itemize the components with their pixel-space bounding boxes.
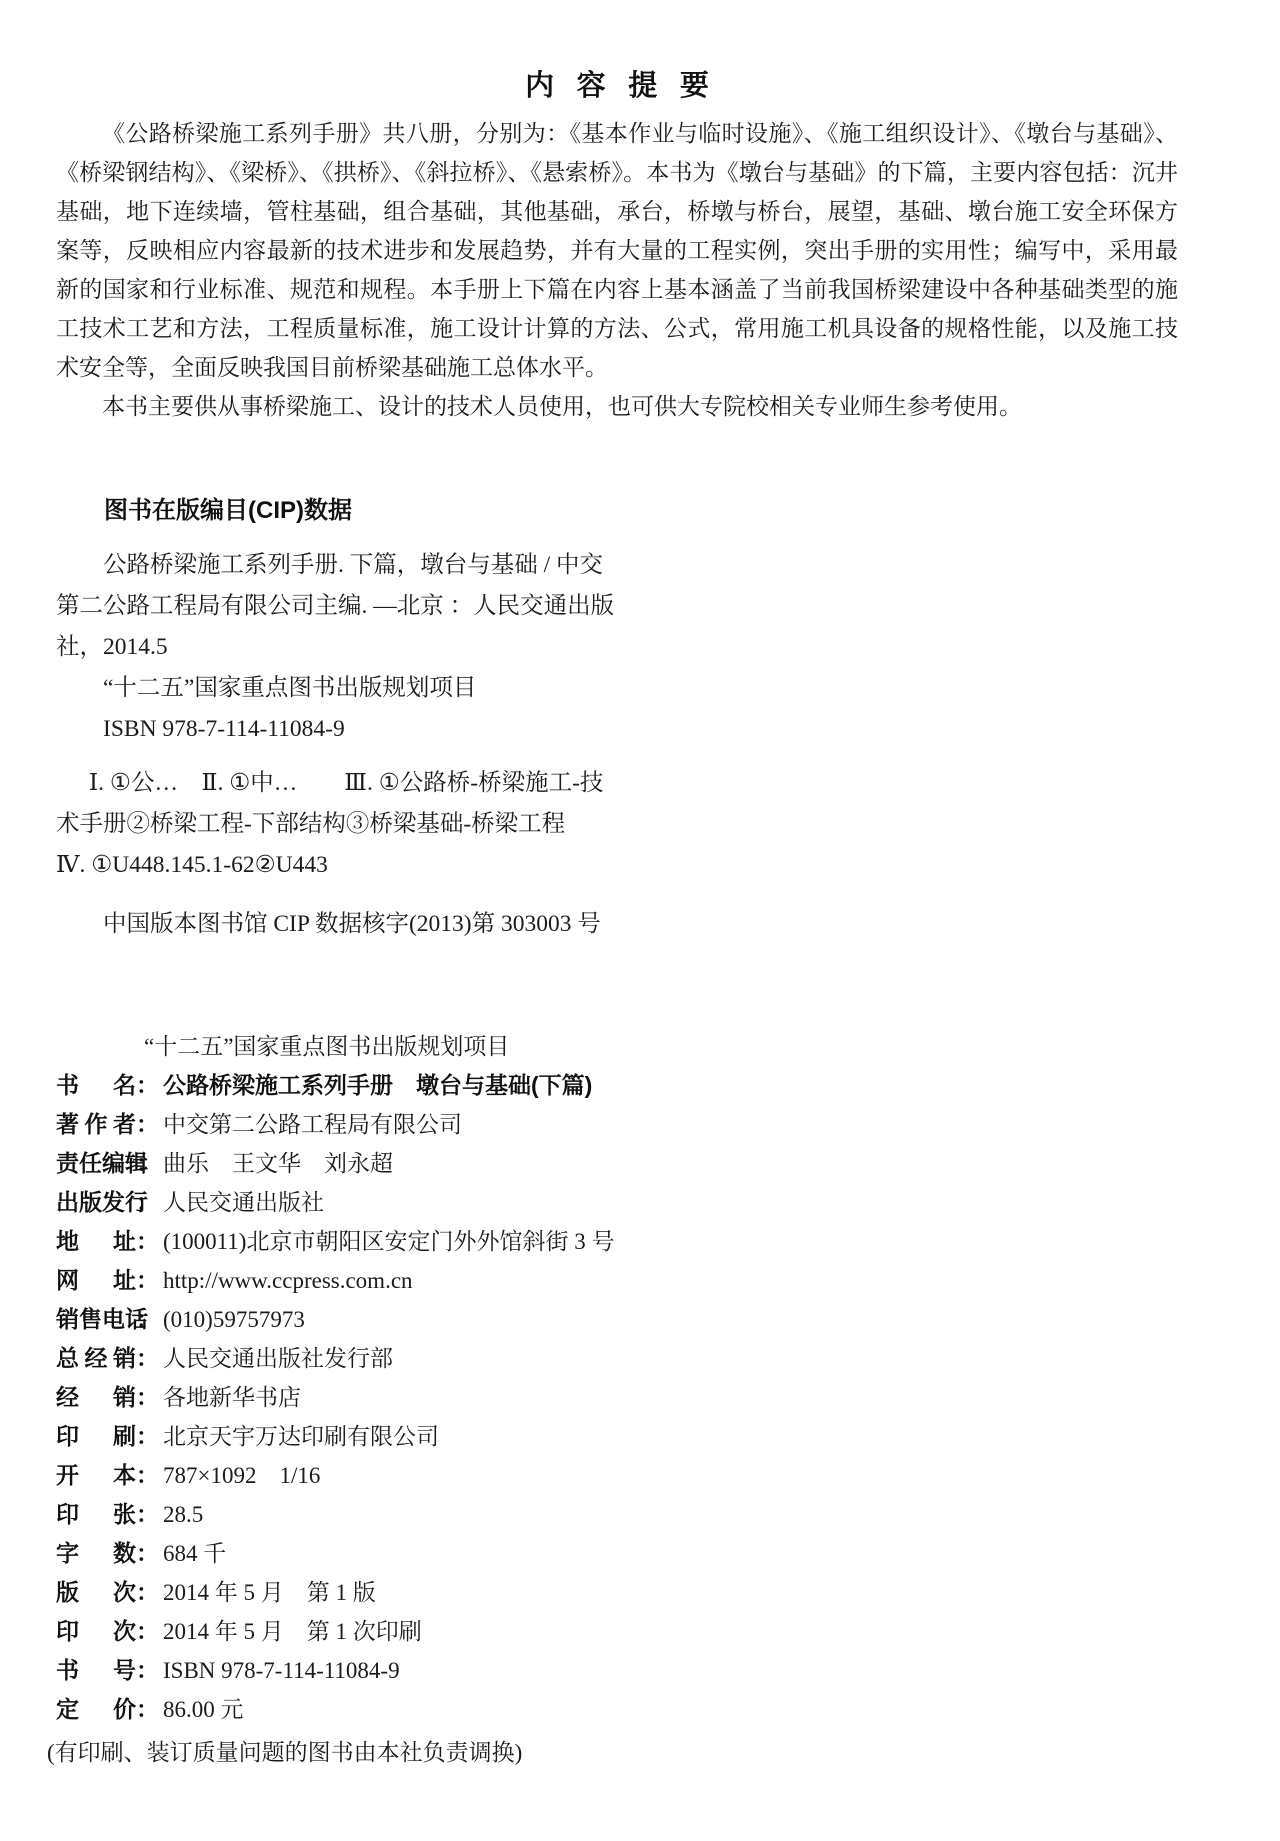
colophon-row-distributor: 经销：各地新华书店 [56,1378,1178,1417]
colophon-value: 人民交通出版社发行部 [159,1346,393,1371]
colophon-row-author: 著作者：中交第二公路工程局有限公司 [56,1105,1178,1144]
colophon-colon: ： [136,1306,159,1332]
colophon-label: 著作者 [56,1105,136,1144]
colophon-row-general-distributor: 总经销：人民交通出版社发行部 [56,1339,1178,1378]
colophon-row-word-count: 字数：684 千 [56,1534,1178,1573]
cip-heading: 图书在版编目(CIP)数据 [104,496,1178,526]
cip-line: Ⅳ. ①U448.145.1-62②U443 [56,845,1178,886]
colophon-colon: ： [136,1423,159,1449]
colophon-colon: ： [136,1111,159,1137]
colophon-value: 2014 年 5 月 第 1 版 [159,1580,376,1605]
colophon-colon: ： [136,1150,159,1176]
colophon-label: 印刷 [56,1417,136,1456]
copyright-page: 内容提要 《公路桥梁施工系列手册》共八册，分别为：《基本作业与临时设施》、《施工… [0,0,1280,1841]
colophon-label: 责任编辑 [56,1144,136,1183]
colophon-row-sales-phone: 销售电话：(010)59757973 [56,1300,1178,1339]
colophon-label: 印张 [56,1495,136,1534]
colophon-value: 曲乐 王文华 刘永超 [159,1151,393,1176]
colophon-label: 书名 [56,1066,136,1105]
colophon-label: 定价 [56,1690,136,1729]
colophon-label: 网址 [56,1261,136,1300]
colophon-section: “十二五”国家重点图书出版规划项目 书名：公路桥梁施工系列手册 墩台与基础(下篇… [56,1027,1178,1772]
colophon-label: 地址 [56,1222,136,1261]
cip-line: 术手册②桥梁工程-下部结构③桥梁基础-桥梁工程 [56,804,1178,845]
summary-paragraph-1: 《公路桥梁施工系列手册》共八册，分别为：《基本作业与临时设施》、《施工组织设计》… [56,114,1178,387]
colophon-colon: ： [136,1462,159,1488]
colophon-label: 版次 [56,1573,136,1612]
colophon-value: 各地新华书店 [159,1385,301,1410]
summary-paragraph-2: 本书主要供从事桥梁施工、设计的技术人员使用，也可供大专院校相关专业师生参考使用。 [56,387,1178,426]
colophon-value: 人民交通出版社 [159,1190,324,1215]
colophon-label: 印次 [56,1612,136,1651]
quality-exchange-note: (有印刷、装订质量问题的图书由本社负责调换) [47,1733,1178,1772]
colophon-label: 书号 [56,1651,136,1690]
colophon-value: (010)59757973 [159,1307,305,1332]
cip-line: 社，2014.5 [56,627,1178,668]
colophon-row-edition: 版次：2014 年 5 月 第 1 版 [56,1573,1178,1612]
colophon-row-isbn: 书号：ISBN 978-7-114-11084-9 [56,1651,1178,1690]
page-title: 内容提要 [56,70,1178,102]
colophon-row-printing: 印次：2014 年 5 月 第 1 次印刷 [56,1612,1178,1651]
colophon-value: 2014 年 5 月 第 1 次印刷 [159,1619,422,1644]
colophon-colon: ： [136,1072,159,1098]
colophon-colon: ： [136,1384,159,1410]
colophon-row-sheets: 印张：28.5 [56,1495,1178,1534]
cip-line: Ⅰ. ①公… Ⅱ. ①中… Ⅲ. ①公路桥-桥梁施工-技 [56,763,1178,804]
colophon-colon: ： [136,1540,159,1566]
colophon-value: http://www.ccpress.com.cn [159,1268,413,1293]
cip-data-section: 图书在版编目(CIP)数据 公路桥梁施工系列手册. 下篇，墩台与基础 / 中交 … [56,496,1178,945]
colophon-value: 787×1092 1/16 [159,1463,320,1488]
project-line: “十二五”国家重点图书出版规划项目 [56,1027,1178,1066]
colophon-colon: ： [136,1267,159,1293]
colophon-row-title: 书名：公路桥梁施工系列手册 墩台与基础(下篇) [56,1066,1178,1105]
colophon-colon: ： [136,1345,159,1371]
colophon-value: 86.00 元 [159,1697,244,1722]
cip-line: 第二公路工程局有限公司主编. —北京 ：人民交通出版 [56,586,1178,627]
colophon-colon: ： [136,1189,159,1215]
colophon-label: 开本 [56,1456,136,1495]
cip-line: 中国版本图书馆 CIP 数据核字(2013)第 303003 号 [56,904,1178,945]
colophon-row-address: 地址：(100011)北京市朝阳区安定门外外馆斜街 3 号 [56,1222,1178,1261]
colophon-value: 北京天宇万达印刷有限公司 [159,1424,439,1449]
cip-line: 公路桥梁施工系列手册. 下篇，墩台与基础 / 中交 [56,545,1178,586]
colophon-label: 销售电话 [56,1300,136,1339]
cip-line: “十二五”国家重点图书出版规划项目 [56,668,1178,709]
colophon-label: 出版发行 [56,1183,136,1222]
colophon-value: 684 千 [159,1541,226,1566]
colophon-colon: ： [136,1579,159,1605]
colophon-row-website: 网址：http://www.ccpress.com.cn [56,1261,1178,1300]
colophon-row-format: 开本：787×1092 1/16 [56,1456,1178,1495]
content-summary-section: 《公路桥梁施工系列手册》共八册，分别为：《基本作业与临时设施》、《施工组织设计》… [56,114,1178,426]
colophon-value: 公路桥梁施工系列手册 墩台与基础(下篇) [159,1072,592,1098]
colophon-row-printer: 印刷：北京天宇万达印刷有限公司 [56,1417,1178,1456]
colophon-colon: ： [136,1501,159,1527]
colophon-row-editor: 责任编辑：曲乐 王文华 刘永超 [56,1144,1178,1183]
colophon-colon: ： [136,1657,159,1683]
colophon-colon: ： [136,1228,159,1254]
colophon-value: (100011)北京市朝阳区安定门外外馆斜街 3 号 [159,1229,614,1254]
colophon-value: 28.5 [159,1502,203,1527]
colophon-row-price: 定价：86.00 元 [56,1690,1178,1729]
colophon-value: 中交第二公路工程局有限公司 [159,1112,462,1137]
cip-line: ISBN 978-7-114-11084-9 [56,709,1178,750]
colophon-value: ISBN 978-7-114-11084-9 [159,1658,400,1683]
colophon-colon: ： [136,1696,159,1722]
colophon-label: 总经销 [56,1339,136,1378]
colophon-label: 字数 [56,1534,136,1573]
colophon-label: 经销 [56,1378,136,1417]
colophon-colon: ： [136,1618,159,1644]
colophon-row-publisher: 出版发行：人民交通出版社 [56,1183,1178,1222]
